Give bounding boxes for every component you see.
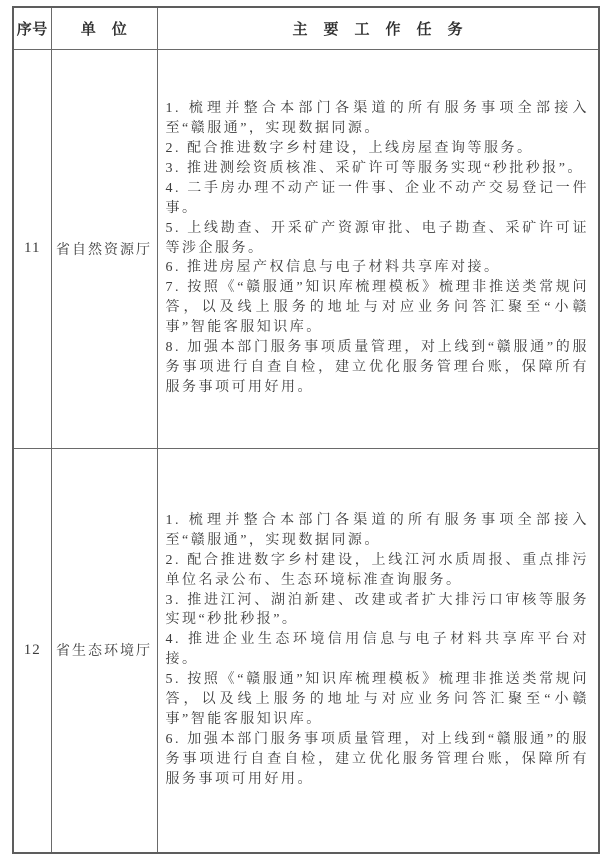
- work-tasks-table: 序号 单 位 主 要 工 作 任 务 11 省自然资源厅 1. 梳理并整合本部门…: [12, 6, 600, 854]
- document-page: 序号 单 位 主 要 工 作 任 务 11 省自然资源厅 1. 梳理并整合本部门…: [0, 0, 610, 868]
- task-item: 3. 推进测绘资质核准、采矿许可等服务实现“秒批秒报”。: [166, 159, 590, 179]
- task-item: 8. 加强本部门服务事项质量管理，对上线到“赣服通”的服务事项进行自查自检，建立…: [166, 338, 590, 398]
- task-item: 3. 推进江河、湖泊新建、改建或者扩大排污口审核等服务实现“秒批秒报”。: [166, 591, 590, 631]
- task-list: 1. 梳理并整合本部门各渠道的所有服务事项全部接入至“赣服通”，实现数据同源。 …: [166, 511, 590, 790]
- task-list: 1. 梳理并整合本部门各渠道的所有服务事项全部接入至“赣服通”，实现数据同源。 …: [166, 99, 590, 398]
- task-item: 7. 按照《“赣服通”知识库梳理模板》梳理非推送类常规问答，以及线上服务的地址与…: [166, 278, 590, 338]
- task-item: 6. 加强本部门服务事项质量管理，对上线到“赣服通”的服务事项进行自查自检，建立…: [166, 730, 590, 790]
- header-serial-number: 序号: [13, 7, 51, 49]
- task-item: 6. 推进房屋产权信息与电子材料共享库对接。: [166, 258, 590, 278]
- serial-number-cell: 12: [13, 448, 51, 853]
- header-unit: 单 位: [51, 7, 157, 49]
- task-item: 1. 梳理并整合本部门各渠道的所有服务事项全部接入至“赣服通”，实现数据同源。: [166, 511, 590, 551]
- task-item: 4. 推进企业生态环境信用信息与电子材料共享库平台对接。: [166, 630, 590, 670]
- table-header-row: 序号 单 位 主 要 工 作 任 务: [13, 7, 599, 49]
- task-item: 4. 二手房办理不动产证一件事、企业不动产交易登记一件事。: [166, 179, 590, 219]
- task-item: 5. 按照《“赣服通”知识库梳理模板》梳理非推送类常规问答，以及线上服务的地址与…: [166, 670, 590, 730]
- tasks-cell: 1. 梳理并整合本部门各渠道的所有服务事项全部接入至“赣服通”，实现数据同源。 …: [157, 448, 599, 853]
- task-item: 5. 上线勘查、开采矿产资源审批、电子勘查、采矿许可证等涉企服务。: [166, 219, 590, 259]
- task-item: 2. 配合推进数字乡村建设，上线江河水质周报、重点排污单位名录公布、生态环境标准…: [166, 551, 590, 591]
- serial-number-cell: 11: [13, 49, 51, 448]
- header-main-tasks: 主 要 工 作 任 务: [157, 7, 599, 49]
- task-item: 1. 梳理并整合本部门各渠道的所有服务事项全部接入至“赣服通”，实现数据同源。: [166, 99, 590, 139]
- table-row: 12 省生态环境厅 1. 梳理并整合本部门各渠道的所有服务事项全部接入至“赣服通…: [13, 448, 599, 853]
- unit-name-cell: 省自然资源厅: [51, 49, 157, 448]
- table-row: 11 省自然资源厅 1. 梳理并整合本部门各渠道的所有服务事项全部接入至“赣服通…: [13, 49, 599, 448]
- tasks-cell: 1. 梳理并整合本部门各渠道的所有服务事项全部接入至“赣服通”，实现数据同源。 …: [157, 49, 599, 448]
- task-item: 2. 配合推进数字乡村建设，上线房屋查询等服务。: [166, 139, 590, 159]
- unit-name-cell: 省生态环境厅: [51, 448, 157, 853]
